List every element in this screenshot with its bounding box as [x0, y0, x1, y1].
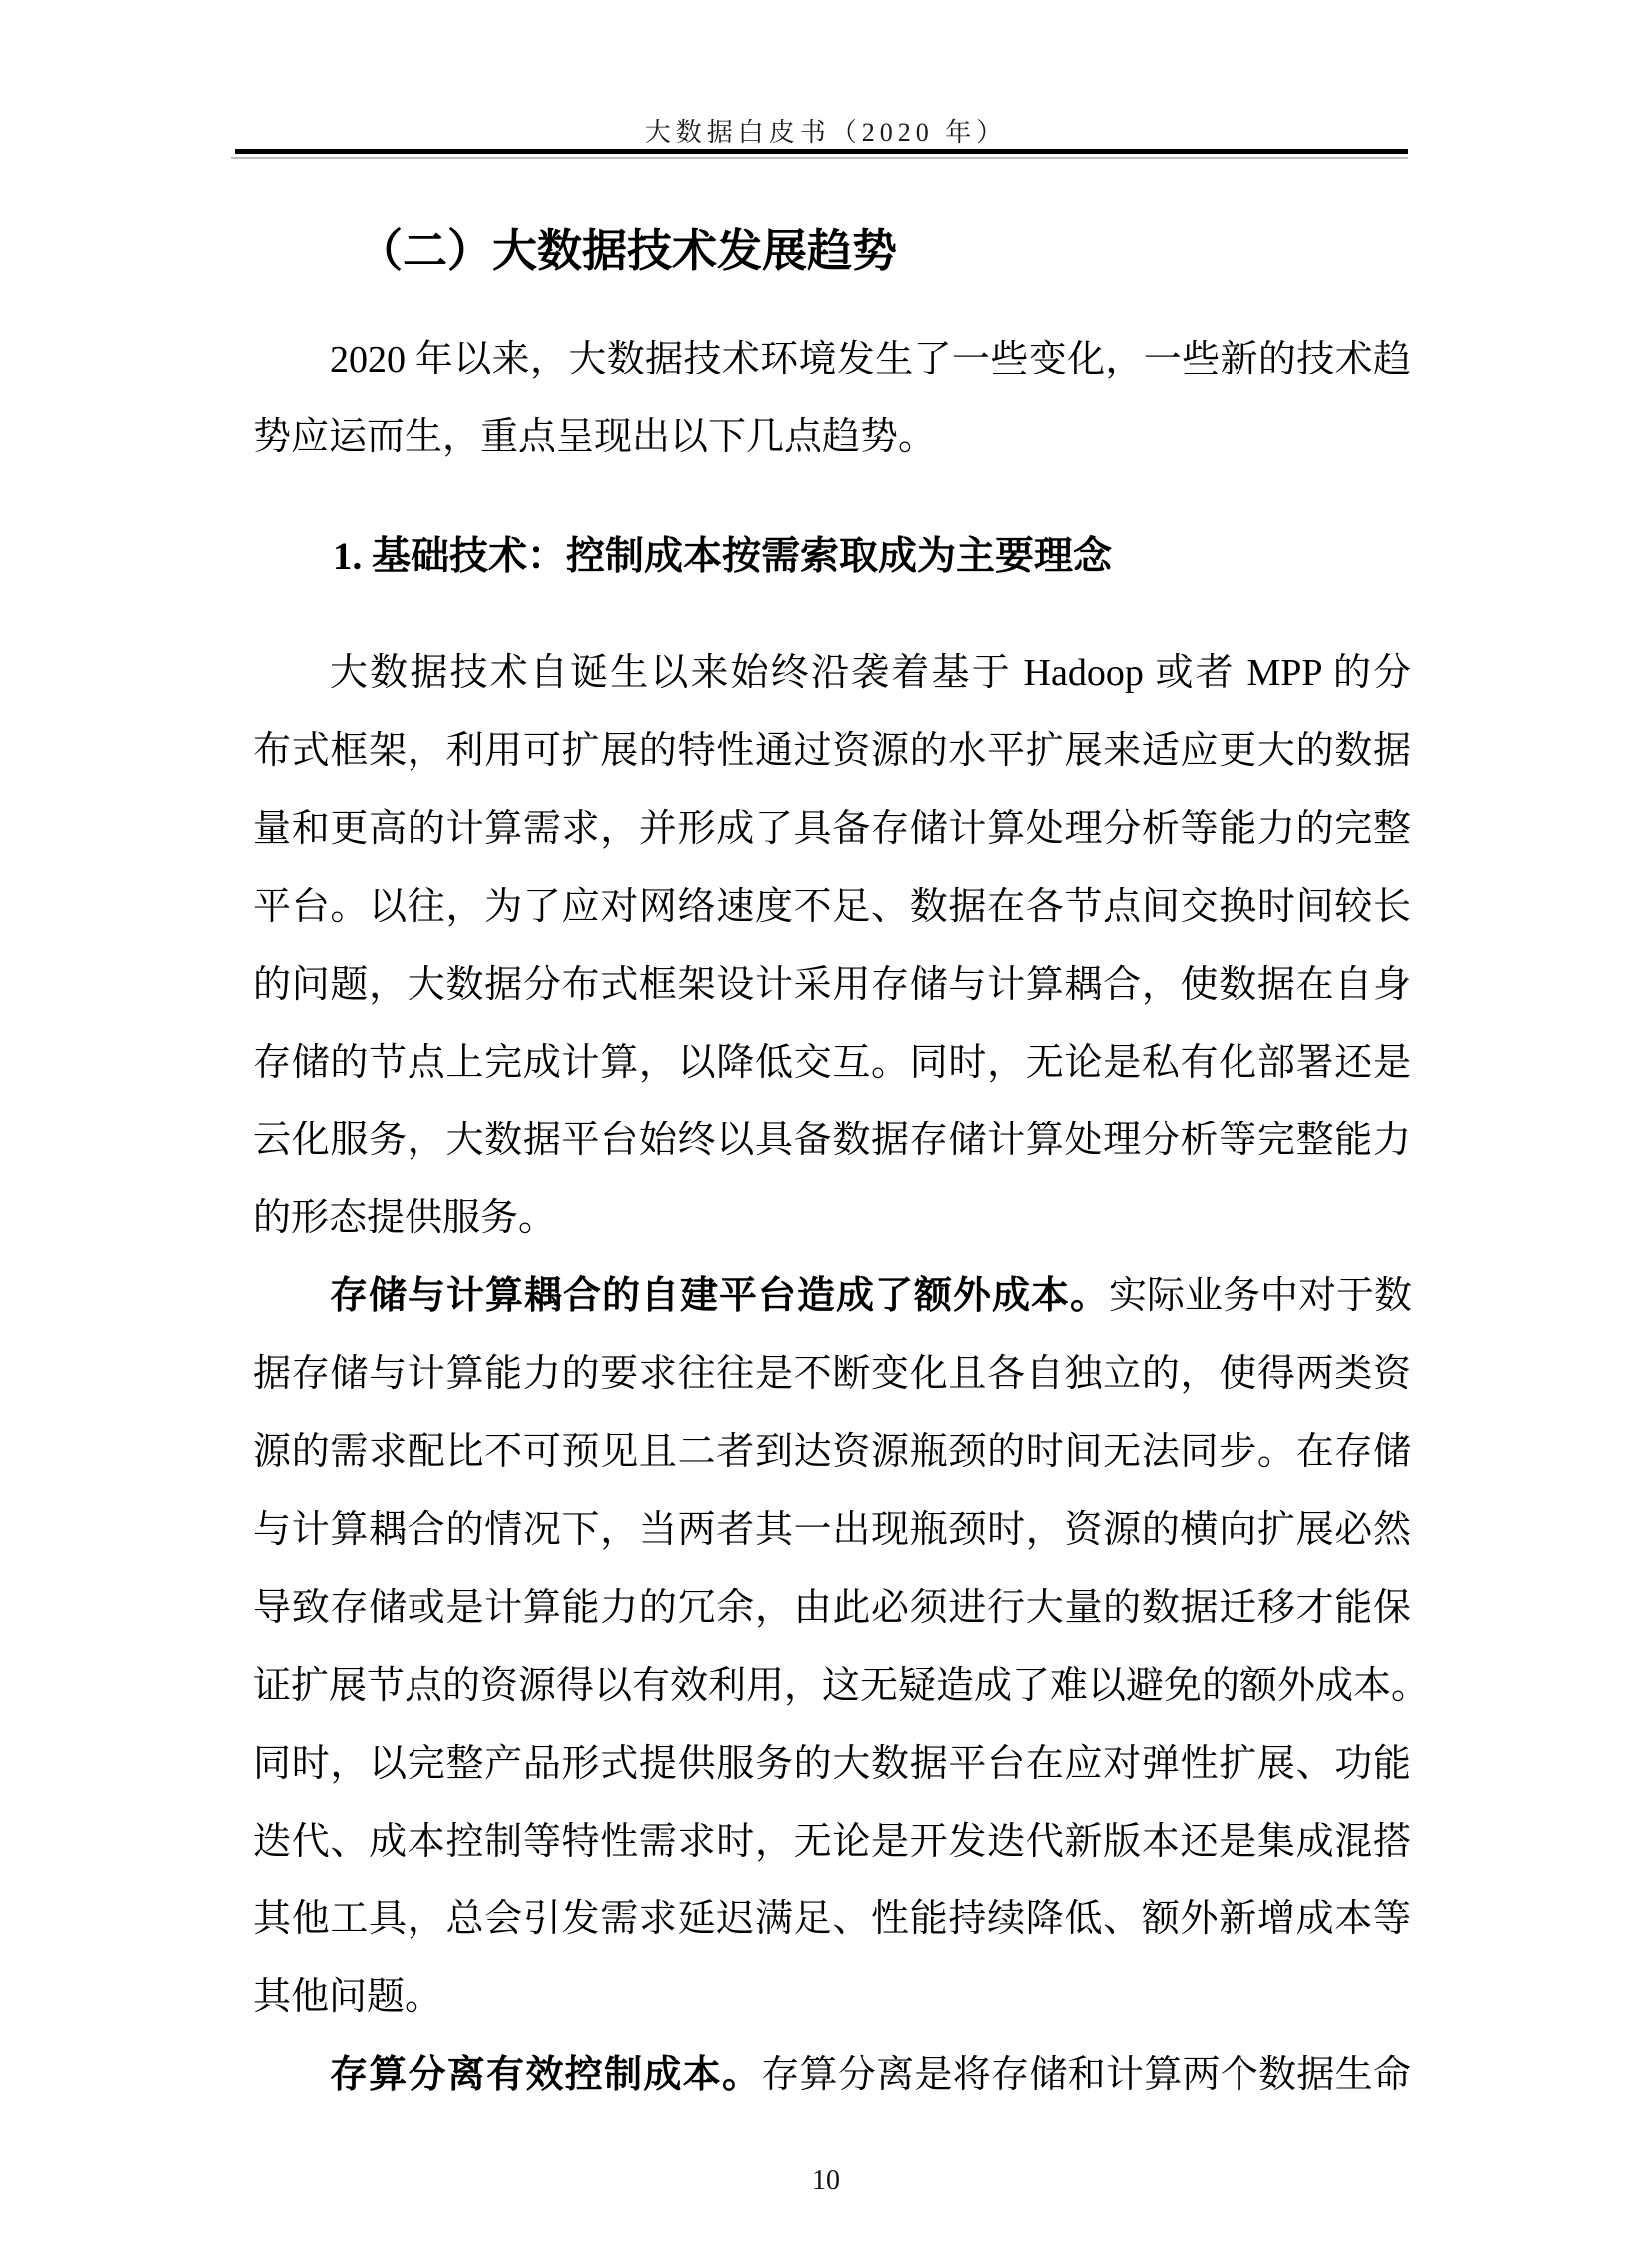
- text-line: 势应运而生，重点呈现出以下几点趋势。: [253, 398, 1411, 476]
- text-line: 存储与计算耦合的自建平台造成了额外成本。实际业务中对于数: [253, 1257, 1411, 1335]
- header-rule-thick: [235, 149, 1408, 154]
- text-line: 的形态提供服务。: [253, 1179, 1411, 1257]
- text-line: 迭代、成本控制等特性需求时，无论是开发迭代新版本还是集成混搭: [253, 1803, 1411, 1880]
- text-line: 与计算耦合的情况下，当两者其一出现瓶颈时，资源的横向扩展必然: [253, 1491, 1411, 1569]
- text-line: 存储的节点上完成计算，以降低交互。同时，无论是私有化部署还是: [253, 1024, 1411, 1102]
- bold-lead-sentence: 存算分离有效控制成本。: [330, 2054, 761, 2096]
- text-line: 据存储与计算能力的要求往往是不断变化且各自独立的，使得两类资: [253, 1335, 1411, 1413]
- running-header-title: 大数据白皮书（2020 年）: [0, 112, 1652, 149]
- header-rule-thin: [231, 157, 1408, 159]
- paragraph: 2020 年以来，大数据技术环境发生了一些变化，一些新的技术趋势应运而生，重点呈…: [253, 321, 1411, 476]
- text-line: 平台。以往，为了应对网络速度不足、数据在各节点间交换时间较长: [253, 868, 1411, 946]
- sub-heading: 1. 基础技术：控制成本按需索取成为主要理念: [253, 518, 1411, 596]
- text-line: 布式框架，利用可扩展的特性通过资源的水平扩展来适应更大的数据: [253, 712, 1411, 790]
- text-line: 导致存储或是计算能力的冗余，由此必须进行大量的数据迁移才能保: [253, 1569, 1411, 1647]
- text-line: 存算分离有效控制成本。存算分离是将存储和计算两个数据生命: [253, 2036, 1411, 2114]
- text-line: 2020 年以来，大数据技术环境发生了一些变化，一些新的技术趋: [253, 321, 1411, 398]
- page-number: 10: [0, 2165, 1652, 2197]
- text-line: 云化服务，大数据平台始终以具备数据存储计算处理分析等完整能力: [253, 1102, 1411, 1179]
- text-line: 大数据技术自诞生以来始终沿袭着基于 Hadoop 或者 MPP 的分: [253, 634, 1411, 712]
- text-line: 其他工具，总会引发需求延迟满足、性能持续降低、额外新增成本等: [253, 1880, 1411, 1958]
- text-line: 源的需求配比不可预见且二者到达资源瓶颈的时间无法同步。在存储: [253, 1413, 1411, 1491]
- paragraph: 存算分离有效控制成本。存算分离是将存储和计算两个数据生命: [253, 2036, 1411, 2114]
- text-line: 其他问题。: [253, 1958, 1411, 2036]
- bold-lead-sentence: 存储与计算耦合的自建平台造成了额外成本。: [330, 1275, 1109, 1317]
- paragraph: 存储与计算耦合的自建平台造成了额外成本。实际业务中对于数据存储与计算能力的要求往…: [253, 1257, 1411, 2036]
- paragraph: 大数据技术自诞生以来始终沿袭着基于 Hadoop 或者 MPP 的分布式框架，利…: [253, 634, 1411, 1257]
- text-line: 的问题，大数据分布式框架设计采用存储与计算耦合，使数据在自身: [253, 946, 1411, 1024]
- section-heading: （二）大数据技术发展趋势: [253, 206, 1411, 296]
- text-line: 同时，以完整产品形式提供服务的大数据平台在应对弹性扩展、功能: [253, 1725, 1411, 1803]
- document-body: （二）大数据技术发展趋势2020 年以来，大数据技术环境发生了一些变化，一些新的…: [253, 206, 1411, 2114]
- document-page: 大数据白皮书（2020 年） （二）大数据技术发展趋势2020 年以来，大数据技…: [0, 0, 1652, 2242]
- text-line: 量和更高的计算需求，并形成了具备存储计算处理分析等能力的完整: [253, 790, 1411, 868]
- text-line: 证扩展节点的资源得以有效利用，这无疑造成了难以避免的额外成本。: [253, 1647, 1411, 1725]
